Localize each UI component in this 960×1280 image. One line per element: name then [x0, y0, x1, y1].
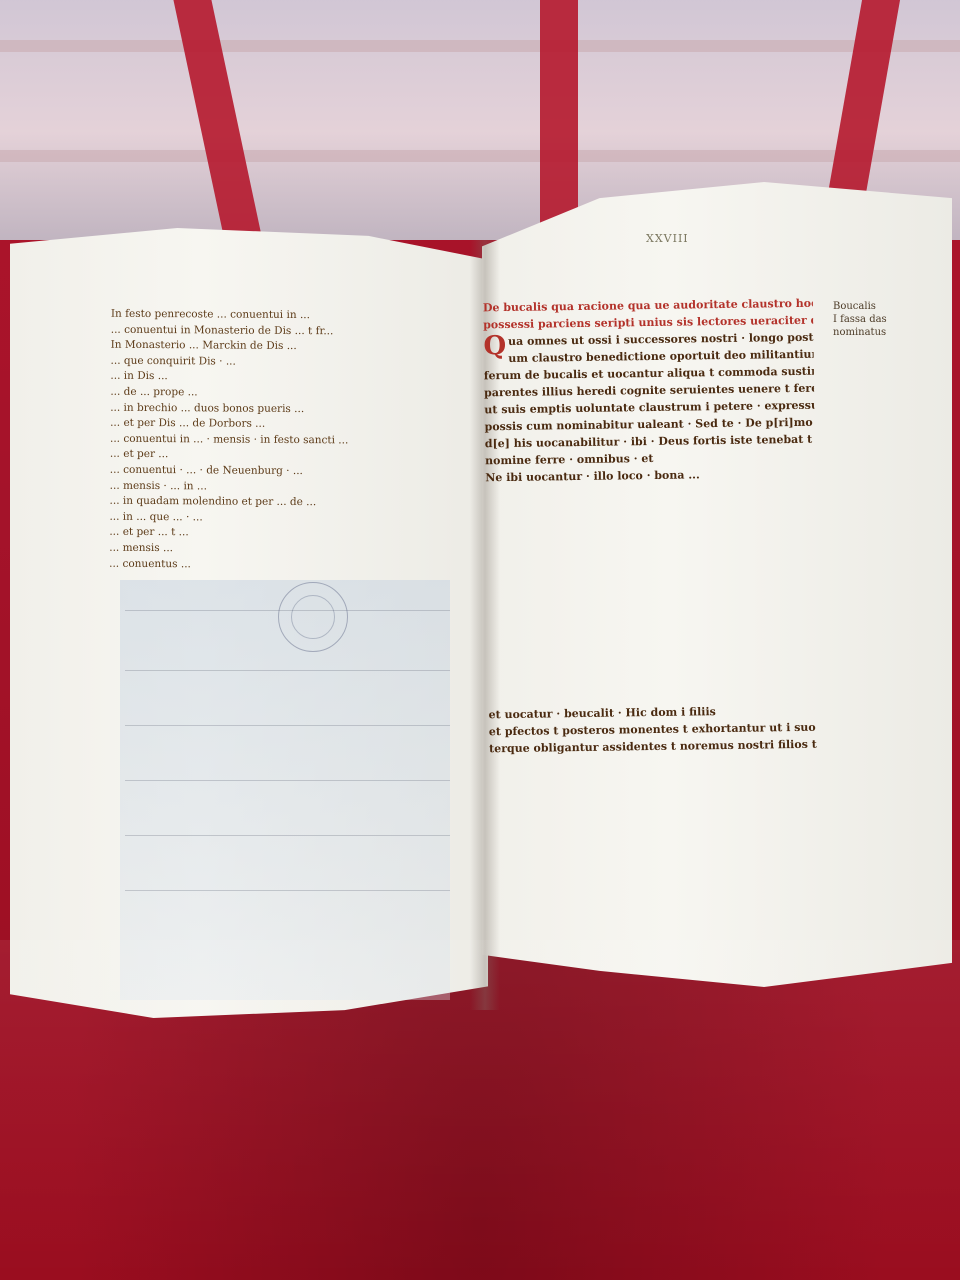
- drop-cap-q: Q: [483, 333, 506, 359]
- ruled-line: [125, 670, 450, 671]
- photo-scene: XXVIII Boucalis I fassa das nominatus In…: [0, 0, 960, 1280]
- folio-number: XXVIII: [646, 232, 689, 245]
- glass-glare: [120, 580, 450, 1000]
- ruled-line: [125, 725, 450, 726]
- ruled-line: [125, 890, 450, 891]
- glass-reflection: [0, 940, 960, 1280]
- right-page-text: De bucalis qua racione qua ue audoritate…: [483, 295, 819, 758]
- left-page-text: In festo penrecoste ... conuentui in ...…: [109, 307, 476, 575]
- ruled-line: [125, 835, 450, 836]
- library-stamp: [278, 582, 348, 652]
- marginal-note: Boucalis I fassa das nominatus: [833, 300, 913, 339]
- ruled-line: [125, 780, 450, 781]
